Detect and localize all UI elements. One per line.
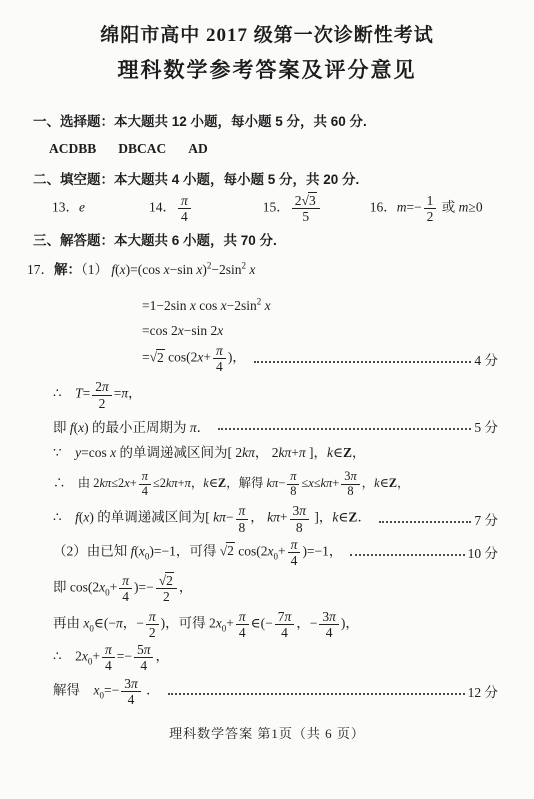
subscript: 0: [100, 690, 105, 700]
q17-part1-start: 17．解：（1） f(x)=(cos x−sin x)2−2sin2 x: [0, 258, 534, 278]
text-segment: k: [374, 476, 380, 490]
line-content: （2）由已知 f(x0)=−1，可得 √2 cos(2x0+π4)=−1，: [53, 537, 342, 568]
page-footer: 理科数学答案 第1页（共 6 页）: [0, 723, 534, 742]
text-segment: k: [327, 445, 333, 460]
line-content: ∴ 由 2kπ≤2x+π4≤2kπ+π，k∈Z，解得 kπ−π8≤x≤kπ+3π…: [53, 470, 409, 499]
line-content: =1−2sin x cos x−2sin2 x: [142, 298, 271, 314]
text-segment: π: [181, 193, 188, 208]
score-label: 12 分: [468, 681, 498, 701]
blank-answers: 13．e14．π415．2√3516．m=−12 或 m≥0: [0, 193, 534, 224]
q17-final-answer: 解得 x0=−3π4 ．12 分: [0, 676, 534, 707]
subscript: 0: [274, 551, 279, 561]
text-segment: ACDBB: [49, 141, 96, 156]
text-segment: x: [178, 323, 184, 338]
text-segment: e: [79, 200, 85, 215]
choice-answers: ACDBBDBCACAD: [0, 139, 534, 159]
score-label: 10 分: [468, 542, 498, 562]
subscript: 0: [89, 623, 94, 633]
text-segment: m: [459, 200, 469, 215]
text-segment: π: [285, 609, 292, 624]
line-content: 解得 x0=−3π4 ．: [53, 676, 160, 707]
text-segment: π: [122, 573, 129, 588]
score-label: 7 分: [474, 509, 498, 529]
text-segment: DBCAC: [118, 141, 166, 156]
line-content: 即 f(x) 的最小正周期为 π．: [53, 416, 210, 436]
fraction: π8: [287, 470, 299, 499]
text-segment: f: [131, 543, 135, 558]
line-content: ∴ T=2π2=π，: [53, 379, 142, 410]
fraction: π4: [288, 537, 301, 568]
text-segment: π: [144, 642, 151, 657]
line-content: ∴ f(x) 的单调递减区间为[ kπ−π8， kπ+3π8 ]，k∈Z．: [53, 503, 371, 534]
fraction: √22: [156, 573, 177, 604]
text-segment: π: [291, 537, 298, 552]
dotted-leader: [218, 426, 471, 430]
text-segment: π: [299, 503, 306, 518]
text-segment: π: [329, 609, 336, 624]
text-segment: π: [149, 609, 156, 624]
text-segment: x: [110, 445, 116, 460]
text-segment: 一、选择题：本大题共 12 小题，每小题 5 分，共 60 分.: [33, 114, 367, 129]
q17-period-statement: 即 f(x) 的最小正周期为 π．5 分: [0, 416, 534, 436]
sqrt-radical: √2: [150, 349, 165, 365]
q17-cos-decreasing-interval: ∵ y=cos x 的单调递减区间为[ 2kπ， 2kπ+π ]，k∈Z，: [0, 441, 534, 461]
text-segment: x: [221, 298, 227, 313]
line-content: 再由 x0∈(−π，−π2)，可得 2x0+π4∈(−7π4，−3π4)，: [53, 609, 359, 640]
score-label: 4 分: [474, 349, 498, 369]
sqrt-radical: √2: [220, 542, 235, 558]
dotted-leader: [350, 552, 464, 556]
line-content: 三、解答题：本大题共 6 小题，共 70 分.: [33, 229, 277, 249]
q17-part2-start: （2）由已知 f(x0)=−1，可得 √2 cos(2x0+π4)=−1，10 …: [0, 537, 534, 568]
text-segment: y: [75, 445, 81, 460]
text-segment: kπ: [166, 476, 178, 490]
text-segment: π: [190, 420, 197, 435]
fraction: 2√35: [292, 193, 320, 224]
text-segment: x: [190, 298, 196, 313]
text-segment: π: [105, 642, 112, 657]
line-content: 17．解：（1） f(x)=(cos x−sin x)2−2sin2 x: [27, 258, 255, 278]
fraction: π4: [119, 573, 132, 604]
text-segment: f: [75, 510, 79, 525]
fraction: π4: [139, 470, 151, 499]
fraction: π4: [236, 609, 249, 640]
text-segment: π: [185, 476, 191, 490]
solution-lines: 一、选择题：本大题共 12 小题，每小题 5 分，共 60 分.ACDBBDBC…: [0, 110, 534, 707]
fraction: 3π4: [121, 676, 141, 707]
line-content: ∴ 2x0+π4=−5π4，: [53, 642, 169, 673]
sqrt-radical: √3: [302, 192, 317, 208]
line-content: ∵ y=cos x 的单调递减区间为[ 2kπ， 2kπ+π ]，k∈Z，: [53, 441, 366, 461]
text-segment: kπ: [267, 510, 280, 525]
q17-step-double-angle: =cos 2x−sin 2x: [0, 321, 534, 341]
line-content: 13．e14．π415．2√3516．m=−12 或 m≥0: [52, 193, 483, 224]
fraction: 5π4: [134, 642, 154, 673]
text-segment: π: [239, 609, 246, 624]
text-segment: Z: [343, 445, 352, 460]
text-segment: π: [142, 469, 148, 483]
text-segment: π: [121, 386, 128, 401]
section-3-heading: 三、解答题：本大题共 6 小题，共 70 分.: [0, 229, 534, 249]
line-content: ACDBBDBCACAD: [49, 141, 208, 157]
text-segment: x: [120, 262, 126, 277]
subscript: 0: [145, 551, 150, 561]
text-segment: x: [78, 420, 84, 435]
text-segment: π: [102, 379, 109, 394]
text-segment: kπ: [213, 510, 226, 525]
fraction: π4: [178, 193, 191, 224]
text-segment: m: [397, 200, 407, 215]
text-segment: AD: [188, 141, 208, 156]
fraction: 2π2: [92, 379, 112, 410]
text-segment: x: [217, 323, 223, 338]
q17-period-calc: ∴ T=2π2=π，: [0, 379, 534, 410]
text-segment: k: [332, 510, 338, 525]
text-segment: f: [70, 420, 74, 435]
text-segment: 二、填空题：本大题共 4 小题，每小题 5 分，共 20 分.: [33, 172, 359, 187]
q17-step-amplitude: =√2 cos(2x+π4)，4 分: [0, 343, 534, 374]
subscript: 0: [222, 623, 227, 633]
q17-decreasing-interval-answer: ∴ f(x) 的单调递减区间为[ kπ−π8， kπ+3π8 ]，k∈Z．7 分: [0, 503, 534, 534]
superscript: 2: [242, 261, 247, 271]
text-segment: kπ: [321, 476, 333, 490]
q17-inequality-solve: ∴ 由 2kπ≤2x+π4≤2kπ+π，k∈Z，解得 kπ−π8≤x≤kπ+3π…: [0, 470, 534, 499]
q17-range-analysis: 再由 x0∈(−π，−π2)，可得 2x0+π4∈(−7π4，−3π4)，: [0, 609, 534, 640]
text-segment: kπ: [242, 445, 255, 460]
text-segment: π: [350, 469, 356, 483]
q17-cos-value: 即 cos(2x0+π4)=−√22，: [0, 573, 534, 604]
text-segment: Z: [389, 476, 397, 490]
text-segment: π: [216, 343, 223, 358]
dotted-leader: [379, 519, 471, 523]
text-segment: Z: [348, 510, 357, 525]
line-content: 即 cos(2x0+π4)=−√22，: [53, 573, 192, 604]
line-content: =√2 cos(2x+π4)，: [142, 343, 246, 374]
text-segment: π: [131, 676, 138, 691]
line-content: 一、选择题：本大题共 12 小题，每小题 5 分，共 60 分.: [33, 110, 367, 130]
section-1-heading: 一、选择题：本大题共 12 小题，每小题 5 分，共 60 分.: [0, 110, 534, 130]
section-2-heading: 二、填空题：本大题共 4 小题，每小题 5 分，共 20 分.: [0, 168, 534, 188]
fraction: 7π4: [275, 609, 295, 640]
score-label: 5 分: [474, 416, 498, 436]
line-content: =cos 2x−sin 2x: [142, 323, 223, 339]
fraction: 3π4: [319, 609, 339, 640]
text-segment: k: [203, 476, 209, 490]
text-segment: π: [290, 469, 296, 483]
fraction: π4: [213, 343, 226, 374]
exam-title: 绵阳市高中 2017 级第一次诊断性考试: [0, 20, 534, 47]
superscript: 2: [257, 297, 262, 307]
text-segment: x: [83, 510, 89, 525]
text-segment: f: [111, 262, 115, 277]
sqrt-radical: √2: [159, 572, 174, 588]
fraction: 3π8: [341, 470, 359, 499]
text-segment: 解：: [54, 262, 81, 277]
text-segment: 三、解答题：本大题共 6 小题，共 70 分.: [33, 233, 277, 248]
fraction: 3π8: [290, 503, 310, 534]
text-segment: x: [308, 476, 314, 490]
text-segment: x: [249, 262, 255, 277]
dotted-leader: [168, 691, 465, 695]
text-segment: x: [124, 476, 130, 490]
line-content: 二、填空题：本大题共 4 小题，每小题 5 分，共 20 分.: [33, 168, 359, 188]
fraction: π4: [102, 642, 115, 673]
text-segment: x: [196, 262, 202, 277]
text-segment: π: [239, 503, 246, 518]
text-segment: x: [265, 298, 271, 313]
subscript: 0: [105, 587, 110, 597]
q17-equation: ∴ 2x0+π4=−5π4，: [0, 642, 534, 673]
text-segment: Z: [218, 476, 226, 490]
text-segment: kπ: [99, 476, 111, 490]
subscript: 0: [88, 657, 93, 667]
q17-step-expand: =1−2sin x cos x−2sin2 x: [0, 296, 534, 316]
exam-subtitle: 理科数学参考答案及评分意见: [0, 54, 534, 84]
fraction: π2: [146, 609, 159, 640]
text-segment: x: [164, 262, 170, 277]
text-segment: T: [75, 386, 83, 401]
exam-answer-page: 绵阳市高中 2017 级第一次诊断性考试 理科数学参考答案及评分意见 一、选择题…: [0, 0, 534, 742]
dotted-leader: [254, 359, 472, 363]
text-segment: kπ: [266, 476, 278, 490]
fraction: π8: [236, 503, 249, 534]
text-segment: x: [197, 350, 203, 365]
text-segment: kπ: [278, 445, 291, 460]
fraction: 12: [424, 193, 437, 224]
superscript: 2: [207, 261, 212, 271]
text-segment: π: [299, 445, 306, 460]
text-segment: π: [116, 616, 123, 631]
